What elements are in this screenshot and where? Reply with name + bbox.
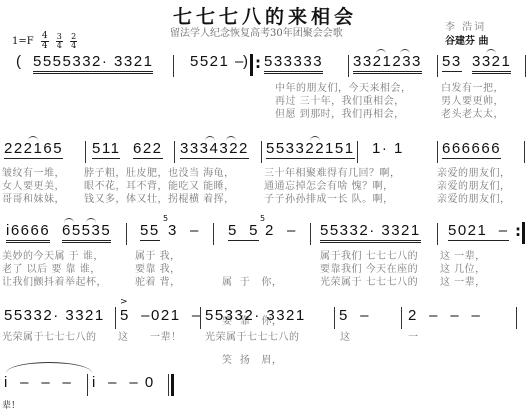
measure-5: 1· 1	[372, 140, 404, 157]
repeat-dots: :	[515, 222, 521, 240]
key-signature: 1=F	[12, 36, 34, 47]
barline	[525, 55, 526, 77]
measure-5a: 53	[442, 53, 462, 72]
measure-5: 2 – – –	[408, 307, 481, 324]
lyric: 光荣属于七七七八的	[205, 331, 300, 344]
measure-2: 5 –021 –	[120, 307, 202, 324]
measure-1: 5555332· 3321	[33, 53, 153, 74]
slur	[28, 136, 38, 141]
measure-2c: –	[190, 222, 200, 239]
barline	[524, 141, 525, 163]
time-signature-4-4: 44	[41, 32, 49, 51]
lyric-verse-3: 但愿 到那时，我们再相会，	[275, 108, 412, 121]
measure-5: 5021 –	[448, 222, 509, 241]
song-subtitle: 留法学人纪念恢复高考30年团聚会会歌	[170, 24, 343, 39]
intro-open-paren: (	[16, 53, 23, 70]
measure-3c: –	[287, 222, 297, 239]
barline	[437, 223, 438, 245]
lyrics-block: 中年的朋友们，今天来相会， 再过 三十年，我们重相会， 但愿 到那时，我们再相会…	[275, 82, 412, 121]
measure-2: 5521 –	[190, 53, 245, 70]
lyric: 光荣属于七七七八的	[2, 331, 97, 344]
lyric: 一	[408, 331, 419, 344]
measure-1a: i6666	[6, 222, 50, 243]
slur	[376, 49, 386, 54]
barline	[115, 307, 116, 329]
barline	[85, 141, 86, 163]
final-barline-thin	[168, 374, 169, 396]
lyric: 这	[118, 331, 129, 344]
barline	[174, 141, 175, 163]
slur	[226, 136, 236, 141]
measure-3: 533333	[264, 53, 323, 74]
tie	[6, 362, 92, 373]
measure-2: i – – 0	[92, 374, 155, 391]
slur	[486, 49, 496, 54]
barline	[261, 141, 262, 163]
slur	[310, 136, 320, 141]
measure-1: 55332· 3321	[4, 307, 105, 324]
measure-1: i – – –	[4, 374, 72, 391]
lyric: 这	[340, 331, 351, 344]
barline	[173, 55, 174, 77]
measure-3: 3334322	[180, 140, 249, 159]
measure-1: 222165	[4, 140, 63, 159]
repeat-end-barline	[522, 222, 525, 244]
barline	[357, 141, 358, 163]
measure-2a: 511	[92, 140, 120, 159]
intro-close-paren: )	[243, 53, 250, 70]
lyrics-block: 这 一辈， 这 几位， 这 一辈，	[440, 250, 486, 289]
lyrics-block: 三十年相聚难得有几回？啊， 通通忘掉怎会有啥 愧？啊， 子子孙孙排成一长 队。啊…	[264, 167, 401, 206]
barline	[348, 55, 349, 77]
measure-3b: 2	[265, 222, 275, 239]
measure-4: 3321233	[353, 53, 422, 74]
barline	[437, 141, 438, 163]
measure-4: 5 –	[339, 307, 370, 324]
measure-6: 666666	[442, 140, 501, 159]
composer-credit: 谷建芬 曲	[445, 32, 488, 47]
lyric: 辈!	[2, 400, 16, 413]
measure-3a: 5 5	[228, 222, 259, 241]
barline	[401, 307, 402, 329]
lyrics-block: 皱纹有一堆， 女人要更美， 哥哥和妹妹，	[2, 167, 65, 206]
lyricist-credit: 李 浩词	[445, 18, 486, 33]
barline	[87, 374, 88, 396]
repeat-dots: :	[255, 54, 261, 72]
barline	[213, 223, 214, 245]
barline	[437, 55, 438, 77]
measure-1b: 65535	[62, 222, 111, 243]
barline	[334, 307, 335, 329]
barline	[516, 307, 517, 329]
slur	[205, 136, 215, 141]
measure-4: 553322151	[266, 140, 355, 159]
measure-2b: 3	[168, 222, 178, 239]
key-and-time-signature: 1=F 44 34 24	[12, 32, 77, 51]
measure-5b: 3321	[472, 53, 511, 74]
measure-3: 55332· 3321	[205, 307, 306, 324]
barline	[200, 307, 201, 329]
final-barline-thick	[171, 374, 174, 396]
barline	[310, 223, 311, 245]
lyrics-block: 美妙的今天属 于 谁， 老了 以后 要 靠 谁， 让我们颤抖着举起杯，	[2, 250, 107, 289]
lyric-verse-2: 再过 三十年，我们重相会，	[275, 95, 412, 108]
slur	[400, 49, 410, 54]
repeat-start-barline	[250, 54, 253, 76]
accent-mark: >	[120, 297, 128, 307]
barline	[126, 223, 127, 245]
time-signature-2-4: 24	[70, 33, 77, 50]
lyrics-block: 亲爱的朋友们， 亲爱的朋友们， 亲爱的朋友们，	[437, 167, 511, 206]
lyrics-block: 脖子粗，肚皮肥，也没当 海龟， 眼不花，耳不背，能吃又 能睡， 钱又多，体又壮，…	[84, 167, 235, 206]
lyrics-block: 白发有一把， 男人要更帅， 老头老太太，	[441, 82, 504, 121]
lyrics-block: 属于我们 七七七八的 要靠我们 今天在座的 光荣属于 七七七八的	[320, 250, 418, 289]
lyric-verse-1: 中年的朋友们，今天来相会，	[275, 82, 412, 95]
lyric: 一辈！	[150, 331, 182, 344]
measure-2b: 622	[133, 140, 163, 159]
time-signature-3-4: 34	[56, 33, 63, 50]
slur	[86, 218, 96, 223]
lyrics-block: 属于 我， 要靠 我， 驼着 背，	[135, 250, 181, 289]
slur	[64, 218, 74, 223]
measure-4: 55332· 3321	[320, 222, 421, 243]
measure-2a: 55	[140, 222, 160, 241]
